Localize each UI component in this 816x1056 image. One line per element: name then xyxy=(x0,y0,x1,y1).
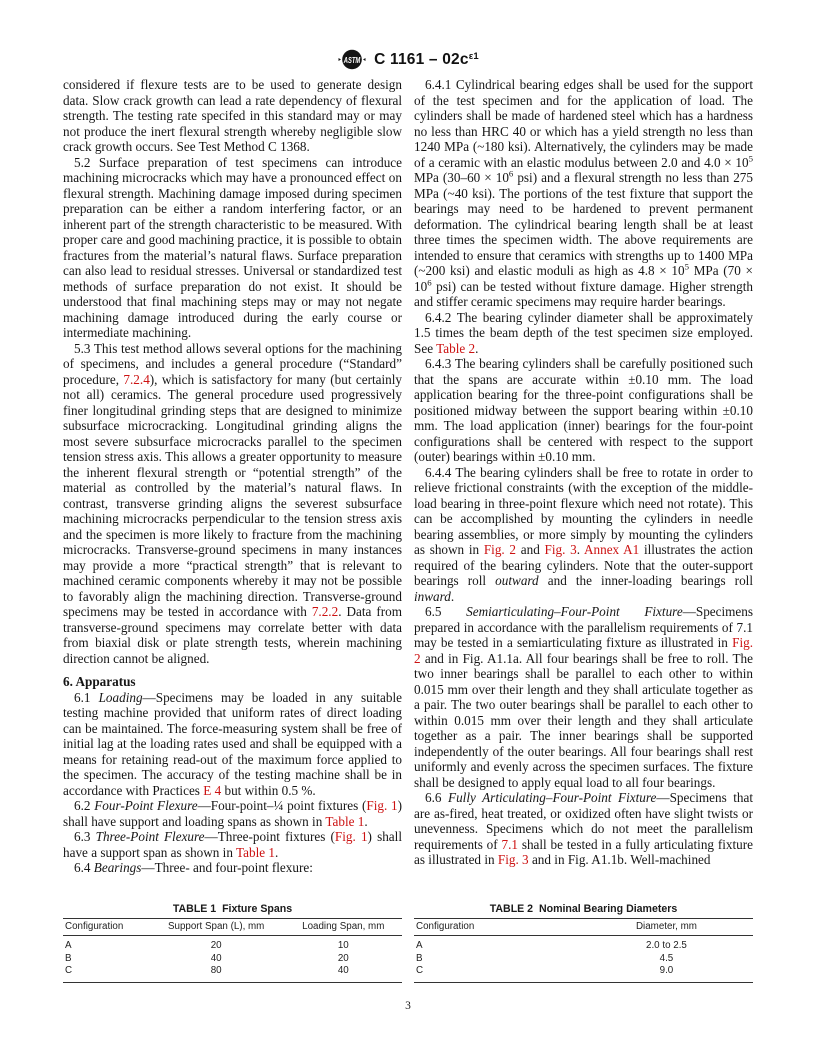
text-run: 6.4 xyxy=(74,860,94,875)
cross-reference-link[interactable]: Fig. 3 xyxy=(545,542,577,557)
text-run: —Three- and four-point flexure: xyxy=(141,860,312,875)
table-cell: B xyxy=(414,953,580,966)
table-header-row: ConfigurationDiameter, mm xyxy=(414,919,753,936)
document-code-text: C 1161 – 02c xyxy=(374,51,469,68)
column-header: Configuration xyxy=(63,919,148,936)
text-run: . xyxy=(451,589,454,604)
data-table: ConfigurationSupport Span (L), mmLoading… xyxy=(63,918,402,983)
text-run: . xyxy=(475,341,478,356)
right-column: 6.4.1 Cylindrical bearing edges shall be… xyxy=(414,77,753,897)
emphasis-text: Four-Point Flexure xyxy=(94,798,197,813)
text-run: and the inner-loading bearings roll xyxy=(539,573,753,588)
astm-logo-icon: ASTM xyxy=(337,49,367,70)
text-run: psi) and a flexural strength no less tha… xyxy=(414,170,753,278)
text-run: —Four-point–¼ point fixtures ( xyxy=(198,798,367,813)
table-fixture-spans: TABLE 1 Fixture SpansConfigurationSuppor… xyxy=(63,903,402,983)
text-run: . xyxy=(577,542,584,557)
table-row: A2.0 to 2.5 xyxy=(414,936,753,953)
text-run: psi) can be tested without fixture damag… xyxy=(414,279,753,310)
tables-section: TABLE 1 Fixture SpansConfigurationSuppor… xyxy=(63,903,753,983)
text-run: . xyxy=(275,845,278,860)
cross-reference-link[interactable]: Table 1 xyxy=(325,814,364,829)
table-cell: 20 xyxy=(285,953,402,966)
paragraph: 6.4.4 The bearing cylinders shall be fre… xyxy=(414,465,753,605)
emphasis-text: Bearings xyxy=(94,860,142,875)
table-cell: 20 xyxy=(148,936,285,953)
cross-reference-link[interactable]: Fig. 1 xyxy=(335,829,368,844)
cross-reference-link[interactable]: Annex A1 xyxy=(584,542,639,557)
emphasis-text: outward xyxy=(495,573,538,588)
text-run: 6.5 xyxy=(425,604,466,619)
text-run: 6.3 xyxy=(74,829,96,844)
table-cell: 40 xyxy=(285,965,402,982)
paragraph: 6.2 Four-Point Flexure—Four-point–¼ poin… xyxy=(63,798,402,829)
text-run: ), which is satisfactory for many (but c… xyxy=(63,372,402,620)
cross-reference-link[interactable]: 7.2.4 xyxy=(123,372,149,387)
svg-text:ASTM: ASTM xyxy=(343,55,361,65)
table-nominal-bearing-diameters: TABLE 2 Nominal Bearing DiametersConfigu… xyxy=(414,903,753,983)
paragraph: 6.5 Semiarticulating–Four-Point Fixture—… xyxy=(414,604,753,790)
left-column: considered if flexure tests are to be us… xyxy=(63,77,402,897)
heading-text: 6. Apparatus xyxy=(63,674,136,689)
emphasis-text: Three-Point Flexure xyxy=(96,829,205,844)
column-header: Configuration xyxy=(414,919,580,936)
section-heading: 6. Apparatus xyxy=(63,674,402,690)
paragraph: 6.4 Bearings—Three- and four-point flexu… xyxy=(63,860,402,876)
table-cell: C xyxy=(63,965,148,982)
paragraph: 6.6 Fully Articulating–Four-Point Fixtur… xyxy=(414,790,753,868)
text-run: 6.6 xyxy=(425,790,448,805)
emphasis-text: Semiarticulating–Four-Point Fixture xyxy=(466,604,683,619)
table-row: C9.0 xyxy=(414,965,753,982)
cross-reference-link[interactable]: Fig. 3 xyxy=(498,852,529,867)
paragraph: 6.4.1 Cylindrical bearing edges shall be… xyxy=(414,77,753,310)
cross-reference-link[interactable]: Fig. 1 xyxy=(366,798,397,813)
document-code: C 1161 – 02cε1 xyxy=(374,51,479,69)
emphasis-text: Fully Articulating–Four-Point Fixture xyxy=(448,790,656,805)
cross-reference-link[interactable]: 7.2.2 xyxy=(312,604,338,619)
column-header: Loading Span, mm xyxy=(285,919,402,936)
column-header: Diameter, mm xyxy=(580,919,753,936)
table-cell: 40 xyxy=(148,953,285,966)
paragraph: 6.3 Three-Point Flexure—Three-point fixt… xyxy=(63,829,402,860)
text-run: 6.2 xyxy=(74,798,94,813)
cross-reference-link[interactable]: Fig. 2 xyxy=(484,542,516,557)
text-run: and in Fig. A1.1a. All four bearings sha… xyxy=(414,651,753,790)
document-header: ASTM C 1161 – 02cε1 xyxy=(0,49,816,70)
table-cell: C xyxy=(414,965,580,982)
table-cell: B xyxy=(63,953,148,966)
text-run: 6.4.3 The bearing cylinders shall be car… xyxy=(414,356,753,464)
table-cell: 10 xyxy=(285,936,402,953)
text-run: 5.2 Surface preparation of test specimen… xyxy=(63,155,402,341)
page-number: 3 xyxy=(0,1000,816,1012)
text-run: but within 0.5 %. xyxy=(221,783,316,798)
data-table: ConfigurationDiameter, mmA2.0 to 2.5B4.5… xyxy=(414,918,753,983)
table-cell: 2.0 to 2.5 xyxy=(580,936,753,953)
table-cell: 4.5 xyxy=(580,953,753,966)
table-header-row: ConfigurationSupport Span (L), mmLoading… xyxy=(63,919,402,936)
text-run: —Three-point fixtures ( xyxy=(205,829,335,844)
table-row: C8040 xyxy=(63,965,402,982)
table-cell: A xyxy=(63,936,148,953)
table-row: A2010 xyxy=(63,936,402,953)
text-run: and xyxy=(516,542,544,557)
text-run: MPa (30–60 × 10 xyxy=(414,170,509,185)
cross-reference-link[interactable]: E 4 xyxy=(203,783,221,798)
text-run: —Specimens may be loaded in any suitable… xyxy=(63,690,402,798)
table-cell: 80 xyxy=(148,965,285,982)
table-title: TABLE 1 Fixture Spans xyxy=(63,903,402,915)
cross-reference-link[interactable]: 7.1 xyxy=(502,837,518,852)
paragraph: 6.1 Loading—Specimens may be loaded in a… xyxy=(63,690,402,799)
document-page: { "colors": { "link": "#cc1111", "text":… xyxy=(0,0,816,1056)
text-run: considered if flexure tests are to be us… xyxy=(63,77,402,154)
table-title: TABLE 2 Nominal Bearing Diameters xyxy=(414,903,753,915)
table-row: B4.5 xyxy=(414,953,753,966)
text-run: 6.1 xyxy=(74,690,99,705)
table-row: B4020 xyxy=(63,953,402,966)
text-run: . xyxy=(364,814,367,829)
paragraph: considered if flexure tests are to be us… xyxy=(63,77,402,155)
emphasis-text: Loading xyxy=(99,690,143,705)
cross-reference-link[interactable]: Table 1 xyxy=(236,845,275,860)
text-run: and in Fig. A1.1b. Well-machined xyxy=(529,852,711,867)
table-cell: A xyxy=(414,936,580,953)
superscript: 5 xyxy=(749,153,753,163)
two-column-text-body: considered if flexure tests are to be us… xyxy=(63,77,753,897)
cross-reference-link[interactable]: Table 2 xyxy=(436,341,475,356)
paragraph: 6.4.3 The bearing cylinders shall be car… xyxy=(414,356,753,465)
paragraph: 5.3 This test method allows several opti… xyxy=(63,341,402,667)
table-cell: 9.0 xyxy=(580,965,753,982)
paragraph: 5.2 Surface preparation of test specimen… xyxy=(63,155,402,341)
text-run: 6.4.1 Cylindrical bearing edges shall be… xyxy=(414,77,753,170)
column-header: Support Span (L), mm xyxy=(148,919,285,936)
paragraph: 6.4.2 The bearing cylinder diameter shal… xyxy=(414,310,753,357)
edition-superscript: ε1 xyxy=(469,51,479,62)
emphasis-text: inward xyxy=(414,589,451,604)
